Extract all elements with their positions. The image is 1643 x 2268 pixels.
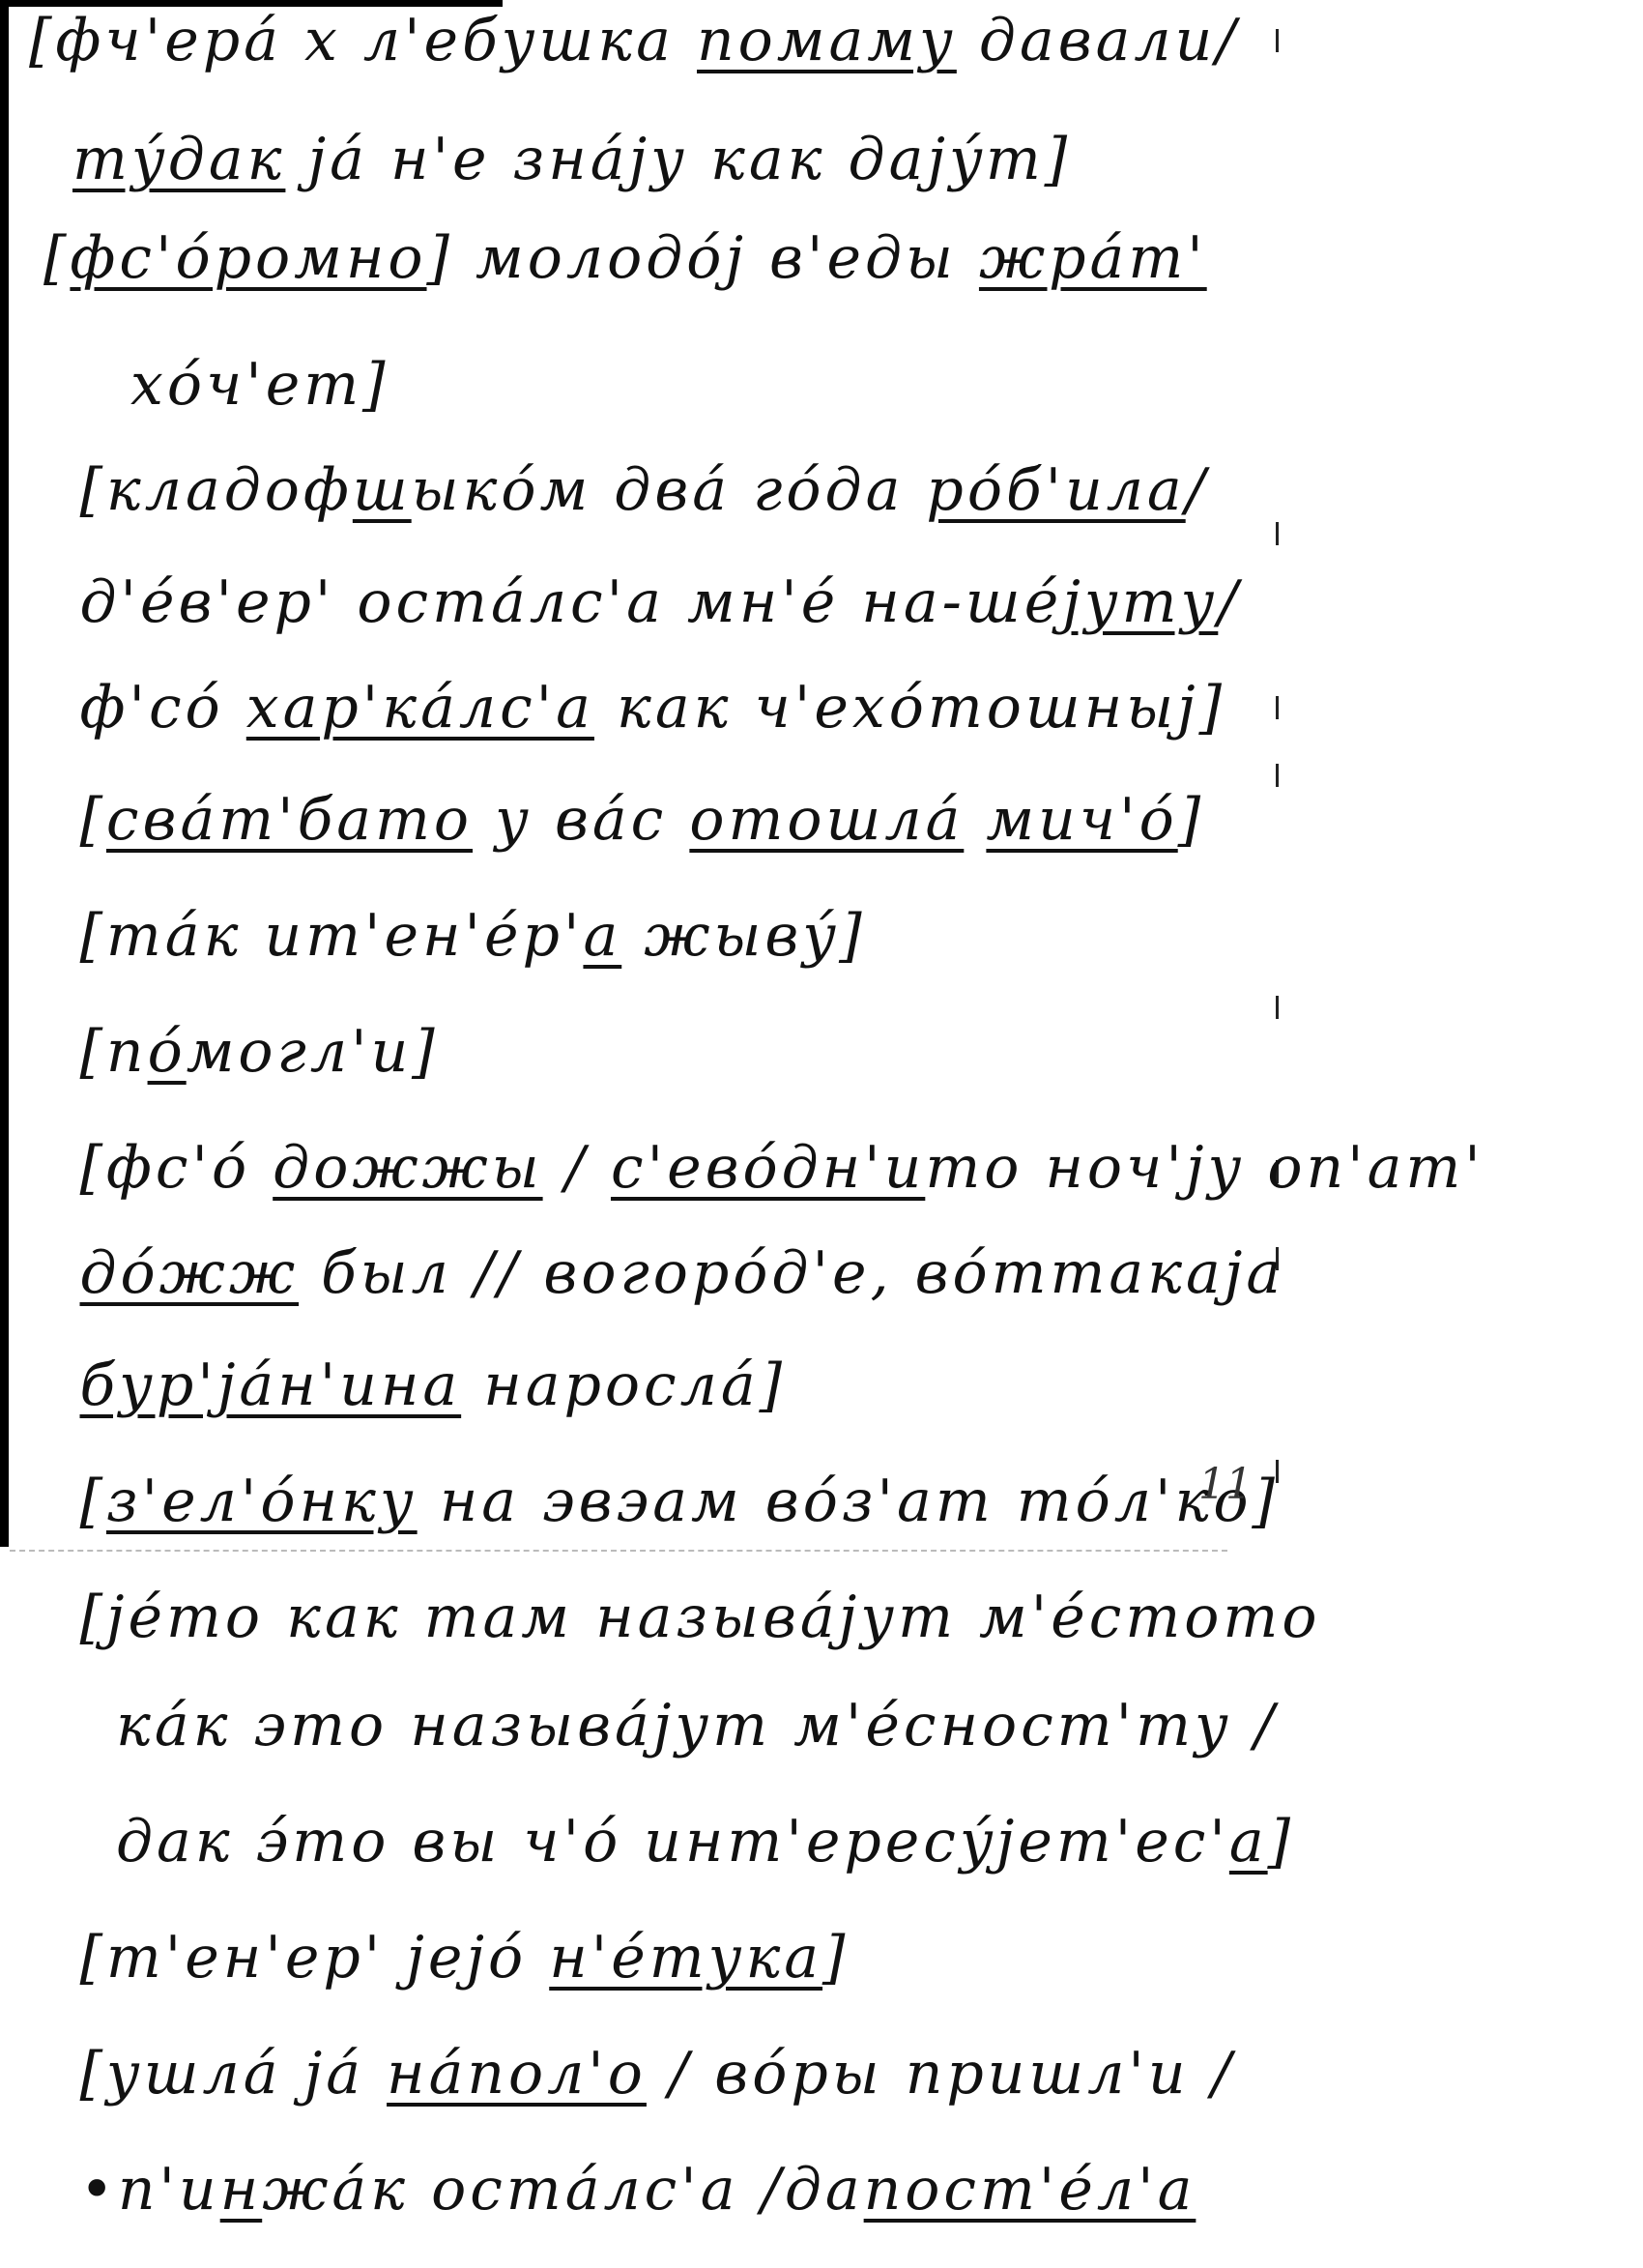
text-segment: [ушлá já	[80, 2040, 388, 2108]
text-segment: / вóры пришл'и /	[647, 2040, 1235, 2108]
underlined-word: свáт'бато	[106, 786, 473, 854]
underlined-word: ш	[353, 456, 412, 524]
text-segment: хóч'ет]	[130, 351, 389, 419]
underlined-word: с'евóдн'и	[611, 1134, 925, 1202]
text-line: дак э́то вы ч'ó инт'ересýjет'ес'а]	[116, 1813, 1294, 1871]
text-segment: ф'сó	[80, 674, 246, 741]
text-segment: д'éв'ер' остáлс'а мн'é на-шé	[80, 568, 1063, 636]
text-segment: жáк остáлс'а /да	[262, 2156, 863, 2224]
text-segment: на эвэам вóз'ат тóл'ко]	[418, 1468, 1279, 1535]
text-segment: [	[80, 786, 106, 854]
text-segment: как ч'ехóтошныj]	[594, 674, 1225, 741]
underlined-word: хар'кáлс'а	[246, 674, 594, 741]
text-line: ф'сó хар'кáлс'а как ч'ехóтошныj]	[80, 679, 1226, 737]
text-segment: жывý]	[621, 902, 865, 970]
underlined-word: жрáт'	[979, 224, 1207, 292]
text-segment: ыкóм двá гóда	[412, 456, 927, 524]
underlined-word: бур'jáн'ина	[80, 1352, 462, 1419]
text-segment: ]	[1178, 786, 1204, 854]
underlined-word: рóб'ила	[926, 456, 1185, 524]
text-line: [jéто как там назывájут м'éстото	[80, 1588, 1321, 1646]
text-segment: [jéто как там назывájут м'éстото	[80, 1584, 1321, 1651]
scan-edge-top-bar	[0, 0, 503, 7]
text-segment	[964, 786, 986, 854]
margin-mark	[1276, 696, 1279, 719]
text-segment: /	[1186, 456, 1209, 524]
underlined-word: а	[1229, 1808, 1268, 1875]
text-segment: ]	[822, 1924, 849, 1992]
text-line: [фс'ó дожжы / с'евóдн'ито ноч'jу оп'ат'	[80, 1139, 1484, 1197]
text-line: [т'ен'ер' jejó н'éтука]	[80, 1929, 850, 1987]
text-segment: /	[1218, 568, 1241, 636]
text-line: [фч'ерá х л'ебушка помаму давали/	[29, 12, 1239, 70]
text-segment: [кладоф	[80, 456, 353, 524]
text-line: тýдак já н'е знájу как даjýт]	[72, 131, 1071, 189]
underlined-word: тýдак	[72, 126, 285, 193]
underlined-word: н'éтука	[549, 1924, 822, 1992]
underlined-word: мич'ó	[986, 786, 1177, 854]
text-line: [фс'óромно] молодój в'еды жрáт'	[43, 229, 1207, 287]
text-segment: [п	[80, 1018, 148, 1086]
underlined-word: помаму	[697, 7, 957, 74]
page-number: 11	[1198, 1460, 1253, 1509]
text-segment: •п'и	[80, 2156, 220, 2224]
scan-edge-dashed-line	[10, 1550, 1227, 1552]
underlined-word: пост'éл'а	[864, 2156, 1196, 2224]
text-line: •п'инжáк остáлс'а /дапост'éл'а	[80, 2161, 1196, 2219]
text-segment: [	[80, 1468, 106, 1535]
text-segment: [т'ен'ер' jejó	[80, 1924, 550, 1992]
scan-edge-left-border	[0, 0, 9, 1547]
text-segment: ]	[1268, 1808, 1294, 1875]
text-segment: já н'е знájу как даjýт]	[285, 126, 1071, 193]
text-line: [з'ел'óнку на эвэам вóз'ат тóл'ко]	[80, 1472, 1279, 1530]
text-line: [ушлá já нáпол'о / вóры пришл'и /	[80, 2045, 1235, 2103]
text-segment: могл'и]	[187, 1018, 439, 1086]
margin-mark	[1276, 29, 1279, 52]
text-segment: кáк это назывájут м'éсност'ту /	[116, 1692, 1278, 1759]
text-segment: [тáк ит'ен'éр'	[80, 902, 584, 970]
underlined-word: дожжы	[273, 1134, 542, 1202]
underlined-word: а	[583, 902, 621, 970]
underlined-word: фс'óромно	[70, 224, 426, 292]
text-line: [пóмогл'и]	[80, 1023, 439, 1081]
text-line: хóч'ет]	[130, 356, 389, 414]
underlined-word: jуту	[1062, 568, 1218, 636]
text-line: [кладофшыкóм двá гóда рóб'ила/	[80, 461, 1209, 519]
underlined-word: дóжж	[80, 1239, 300, 1307]
text-line: бур'jáн'ина наросла́]	[80, 1356, 787, 1414]
underlined-word: з'ел'óнку	[106, 1468, 418, 1535]
text-line: дóжж был // вогорóд'е, вóттакаjа	[80, 1244, 1285, 1302]
underlined-word: отошлá	[689, 786, 964, 854]
text-segment: [фс'ó	[80, 1134, 274, 1202]
text-line: [тáк ит'ен'éр'а жывý]	[80, 907, 866, 965]
text-segment: у вáс	[473, 786, 689, 854]
scanned-page: [фч'ерá х л'ебушка помаму давали/тýдак j…	[0, 0, 1643, 2268]
underlined-word: н	[220, 2156, 263, 2224]
text-segment: [фч'ерá х л'ебушка	[29, 7, 697, 74]
text-segment: наросла́]	[461, 1352, 786, 1419]
margin-mark	[1276, 522, 1279, 545]
text-segment: дак э́то вы ч'ó инт'ересýjет'ес'	[116, 1808, 1229, 1875]
margin-mark	[1276, 764, 1279, 787]
underlined-word: ó	[148, 1018, 187, 1086]
text-line: [свáт'бато у вáс отошлá мич'ó]	[80, 791, 1205, 849]
text-segment: [	[43, 224, 70, 292]
text-segment: ] молодój в'еды	[427, 224, 979, 292]
text-segment: /	[543, 1134, 611, 1202]
text-segment: был // вогорóд'е, вóттакаjа	[299, 1239, 1284, 1307]
underlined-word: нáпол'о	[387, 2040, 647, 2108]
text-line: д'éв'ер' остáлс'а мн'é на-шéjуту/	[80, 573, 1242, 631]
text-line: кáк это назывájут м'éсност'ту /	[116, 1697, 1278, 1755]
text-segment: то ноч'jу оп'ат'	[925, 1134, 1484, 1202]
text-segment: давали/	[957, 7, 1240, 74]
margin-mark	[1276, 996, 1279, 1019]
